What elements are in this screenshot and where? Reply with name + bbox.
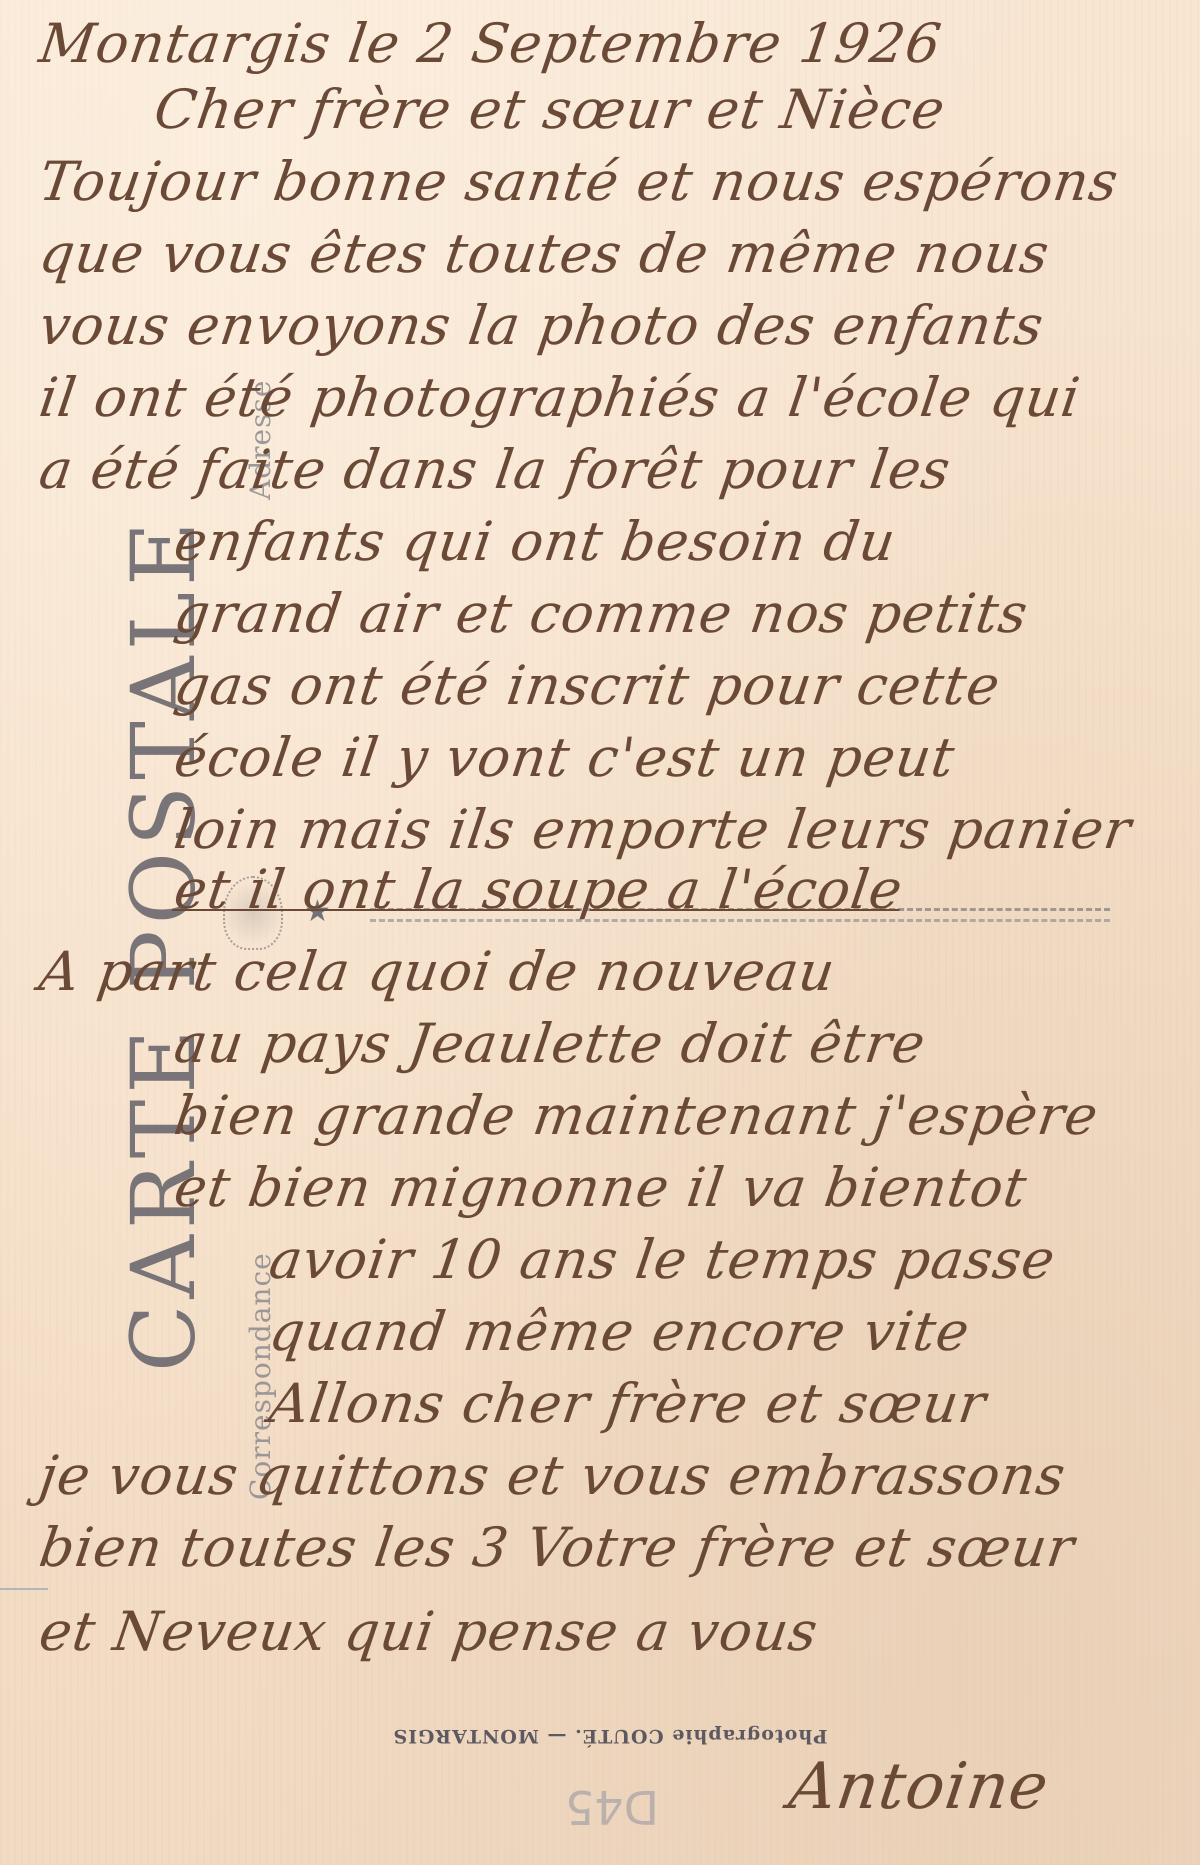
letter-line: enfants qui ont besoin du [171,510,900,573]
letter-line: bien toutes les 3 Votre frère et sœur [36,1516,1079,1579]
letter-line: je vous quittons et vous embrassons [36,1444,1070,1507]
letter-line: Allons cher frère et sœur [266,1372,991,1435]
letter-line: loin mais ils emporte leurs panier [171,798,1136,861]
letter-line: école il y vont c'est un peut [171,726,959,789]
postcard-back: CARTE POSTALE Adresse Correspondance ★ P… [0,0,1200,1865]
letter-line: avoir 10 ans le temps passe [266,1228,1060,1291]
letter-line-greeting: Cher frère et sœur et Nièce [151,78,950,141]
letter-line: et Neveux qui pense a vous [36,1600,823,1663]
letter-line: et bien mignonne il va bientot [171,1156,1031,1219]
letter-line: quand même encore vite [266,1300,974,1363]
letter-line: il ont été photographiés a l'école qui [36,366,1085,429]
letter-line: gas ont été inscrit pour cette [171,654,1005,717]
letter-line: a été faite dans la forêt pour les [36,438,955,501]
letter-line-date: Montargis le 2 Septembre 1926 [36,12,946,75]
handwritten-letter: Montargis le 2 Septembre 1926 Cher frère… [0,0,1200,1865]
letter-line: et il ont la soupe a l'école [171,858,907,921]
letter-line: vous envoyons la photo des enfants [36,294,1048,357]
letter-line: au pays Jeaulette doit être [171,1012,930,1075]
letter-line: Toujour bonne santé et nous espérons [36,150,1123,213]
letter-line: grand air et comme nos petits [171,582,1033,645]
signature: Antoine [785,1750,1054,1824]
letter-line: bien grande maintenant j'espère [171,1084,1103,1147]
letter-line: que vous êtes toutes de même nous [36,222,1054,285]
letter-line: A part cela quoi de nouveau [36,940,840,1003]
